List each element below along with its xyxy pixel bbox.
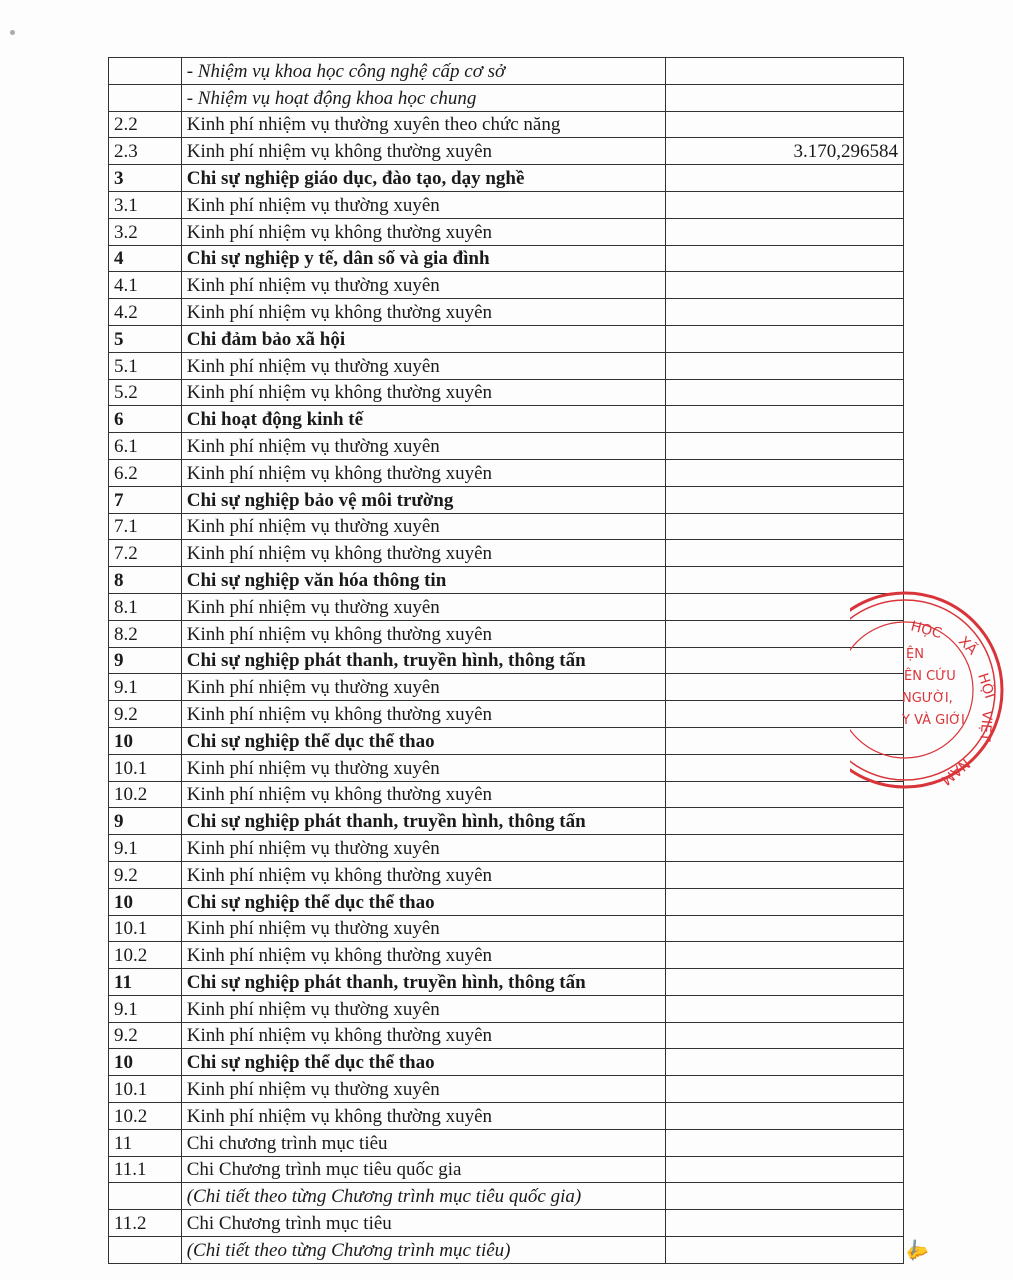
- budget-table: - Nhiệm vụ khoa học công nghệ cấp cơ sở-…: [108, 57, 904, 1264]
- table-row: 10.2Kinh phí nhiệm vụ không thường xuyên: [109, 942, 904, 969]
- row-number: 10.1: [109, 915, 182, 942]
- row-description: - Nhiệm vụ khoa học công nghệ cấp cơ sở: [181, 58, 665, 85]
- row-value: [666, 1022, 904, 1049]
- row-description: Kinh phí nhiệm vụ thường xuyên: [181, 915, 665, 942]
- row-number: 9.2: [109, 701, 182, 728]
- table-row: 9.2Kinh phí nhiệm vụ không thường xuyên: [109, 861, 904, 888]
- row-number: 8.1: [109, 593, 182, 620]
- table-row: 4.1Kinh phí nhiệm vụ thường xuyên: [109, 272, 904, 299]
- row-number: 11.2: [109, 1210, 182, 1237]
- row-value: [666, 540, 904, 567]
- row-description: Kinh phí nhiệm vụ thường xuyên: [181, 1076, 665, 1103]
- row-description: Kinh phí nhiệm vụ thường xuyên: [181, 272, 665, 299]
- row-number: 10.2: [109, 942, 182, 969]
- row-value: [666, 165, 904, 192]
- row-value: [666, 942, 904, 969]
- row-value: [666, 1076, 904, 1103]
- row-number: 9.2: [109, 1022, 182, 1049]
- row-number: 11.1: [109, 1156, 182, 1183]
- row-number: 10: [109, 1049, 182, 1076]
- row-number: 9.1: [109, 674, 182, 701]
- svg-text:NAM: NAM: [938, 755, 973, 788]
- table-row: 5.1Kinh phí nhiệm vụ thường xuyên: [109, 352, 904, 379]
- row-description: Chi sự nghiệp thể dục thể thao: [181, 888, 665, 915]
- row-description: Chi Chương trình mục tiêu quốc gia: [181, 1156, 665, 1183]
- row-number: 9.2: [109, 861, 182, 888]
- row-value: [666, 861, 904, 888]
- row-number: 11: [109, 1129, 182, 1156]
- row-description: Chi sự nghiệp bảo vệ môi trường: [181, 486, 665, 513]
- table-row: (Chi tiết theo từng Chương trình mục tiê…: [109, 1237, 904, 1264]
- row-number: 6: [109, 406, 182, 433]
- row-description: Chi sự nghiệp phát thanh, truyền hình, t…: [181, 808, 665, 835]
- row-description: Kinh phí nhiệm vụ thường xuyên: [181, 433, 665, 460]
- table-row: 6.1Kinh phí nhiệm vụ thường xuyên: [109, 433, 904, 460]
- row-value: [666, 299, 904, 326]
- table-row: 6.2Kinh phí nhiệm vụ không thường xuyên: [109, 459, 904, 486]
- stamp-text: NGƯỜI,: [902, 690, 953, 706]
- row-value: [666, 888, 904, 915]
- row-number: 7.1: [109, 513, 182, 540]
- row-value: [666, 406, 904, 433]
- row-description: Kinh phí nhiệm vụ thường xuyên: [181, 593, 665, 620]
- row-description: Chi sự nghiệp thể dục thể thao: [181, 727, 665, 754]
- table-row: 9Chi sự nghiệp phát thanh, truyền hình, …: [109, 647, 904, 674]
- row-value: [666, 84, 904, 111]
- row-value: [666, 513, 904, 540]
- signature-mark: ✍: [901, 1236, 931, 1265]
- row-number: 10: [109, 888, 182, 915]
- row-value: [666, 459, 904, 486]
- table-row: 10Chi sự nghiệp thể dục thể thao: [109, 888, 904, 915]
- table-row: 5.2Kinh phí nhiệm vụ không thường xuyên: [109, 379, 904, 406]
- stamp-text: Y VÀ GIỚI: [901, 712, 965, 728]
- row-description: Kinh phí nhiệm vụ thường xuyên: [181, 754, 665, 781]
- row-value: [666, 969, 904, 996]
- row-description: Chi chương trình mục tiêu: [181, 1129, 665, 1156]
- document-page: - Nhiệm vụ khoa học công nghệ cấp cơ sở-…: [0, 0, 1013, 1280]
- row-number: 9: [109, 808, 182, 835]
- table-row: 10.1Kinh phí nhiệm vụ thường xuyên: [109, 754, 904, 781]
- row-number: 10.1: [109, 1076, 182, 1103]
- table-row: 3.1Kinh phí nhiệm vụ thường xuyên: [109, 191, 904, 218]
- table-row: 2.2Kinh phí nhiệm vụ thường xuyên theo c…: [109, 111, 904, 138]
- table-row: 4Chi sự nghiệp y tế, dân số và gia đình: [109, 245, 904, 272]
- row-value: [666, 1183, 904, 1210]
- table-row: 2.3Kinh phí nhiệm vụ không thường xuyên3…: [109, 138, 904, 165]
- row-description: Chi sự nghiệp văn hóa thông tin: [181, 567, 665, 594]
- table-row: 11.2Chi Chương trình mục tiêu: [109, 1210, 904, 1237]
- red-seal-stamp: HỌC XÃ HỘI VIỆT NAM ỆN ÊN CỨU NGƯỜI, Y V…: [850, 590, 1010, 790]
- row-number: 4.1: [109, 272, 182, 299]
- row-number: 10.2: [109, 1103, 182, 1130]
- row-description: Chi sự nghiệp y tế, dân số và gia đình: [181, 245, 665, 272]
- row-value: [666, 1156, 904, 1183]
- row-value: [666, 433, 904, 460]
- row-number: 11: [109, 969, 182, 996]
- row-description: Kinh phí nhiệm vụ không thường xuyên: [181, 1103, 665, 1130]
- row-description: Kinh phí nhiệm vụ thường xuyên: [181, 352, 665, 379]
- table-row: 8.2Kinh phí nhiệm vụ không thường xuyên: [109, 620, 904, 647]
- row-number: 7: [109, 486, 182, 513]
- svg-text:VIỆT: VIỆT: [976, 710, 997, 743]
- table-row: 11.1Chi Chương trình mục tiêu quốc gia: [109, 1156, 904, 1183]
- table-row: 11Chi chương trình mục tiêu: [109, 1129, 904, 1156]
- row-number: [109, 84, 182, 111]
- row-number: 2.2: [109, 111, 182, 138]
- table-row: 3.2Kinh phí nhiệm vụ không thường xuyên: [109, 218, 904, 245]
- row-description: Chi sự nghiệp giáo dục, đào tạo, dạy ngh…: [181, 165, 665, 192]
- stamp-text: ÊN CỨU: [904, 668, 956, 684]
- row-value: [666, 245, 904, 272]
- table-row: - Nhiệm vụ hoạt động khoa học chung: [109, 84, 904, 111]
- table-row: 10Chi sự nghiệp thể dục thể thao: [109, 727, 904, 754]
- row-description: Kinh phí nhiệm vụ thường xuyên: [181, 674, 665, 701]
- row-number: 3.1: [109, 191, 182, 218]
- row-number: 5.2: [109, 379, 182, 406]
- row-description: Chi sự nghiệp thể dục thể thao: [181, 1049, 665, 1076]
- row-value: [666, 1049, 904, 1076]
- svg-text:HỌC: HỌC: [909, 618, 944, 642]
- table-row: 7Chi sự nghiệp bảo vệ môi trường: [109, 486, 904, 513]
- row-description: Kinh phí nhiệm vụ thường xuyên: [181, 513, 665, 540]
- table-row: 10.2Kinh phí nhiệm vụ không thường xuyên: [109, 781, 904, 808]
- row-description: Kinh phí nhiệm vụ không thường xuyên: [181, 138, 665, 165]
- table-row: 7.2Kinh phí nhiệm vụ không thường xuyên: [109, 540, 904, 567]
- row-number: 9: [109, 647, 182, 674]
- table-row: 10.2Kinh phí nhiệm vụ không thường xuyên: [109, 1103, 904, 1130]
- row-description: Kinh phí nhiệm vụ không thường xuyên: [181, 540, 665, 567]
- row-description: Kinh phí nhiệm vụ không thường xuyên: [181, 942, 665, 969]
- row-description: Kinh phí nhiệm vụ thường xuyên: [181, 835, 665, 862]
- row-value: [666, 379, 904, 406]
- table-row: 9.1Kinh phí nhiệm vụ thường xuyên: [109, 995, 904, 1022]
- row-description: Kinh phí nhiệm vụ không thường xuyên: [181, 459, 665, 486]
- row-value: [666, 111, 904, 138]
- row-description: Kinh phí nhiệm vụ không thường xuyên: [181, 379, 665, 406]
- table-row: - Nhiệm vụ khoa học công nghệ cấp cơ sở: [109, 58, 904, 85]
- row-number: 10: [109, 727, 182, 754]
- row-value: [666, 995, 904, 1022]
- table-row: 9.1Kinh phí nhiệm vụ thường xuyên: [109, 835, 904, 862]
- row-value: [666, 191, 904, 218]
- table-row: 6Chi hoạt động kinh tế: [109, 406, 904, 433]
- row-value: [666, 835, 904, 862]
- row-value: [666, 272, 904, 299]
- row-description: Kinh phí nhiệm vụ không thường xuyên: [181, 299, 665, 326]
- row-number: 6.2: [109, 459, 182, 486]
- table-row: 8.1Kinh phí nhiệm vụ thường xuyên: [109, 593, 904, 620]
- row-number: 10.1: [109, 754, 182, 781]
- table-row: 9.2Kinh phí nhiệm vụ không thường xuyên: [109, 1022, 904, 1049]
- row-number: 9.1: [109, 835, 182, 862]
- table-row: 10Chi sự nghiệp thể dục thể thao: [109, 1049, 904, 1076]
- row-number: [109, 1183, 182, 1210]
- table-row: 3Chi sự nghiệp giáo dục, đào tạo, dạy ng…: [109, 165, 904, 192]
- table-row: 8Chi sự nghiệp văn hóa thông tin: [109, 567, 904, 594]
- row-value: [666, 325, 904, 352]
- row-value: [666, 808, 904, 835]
- table-row: 4.2Kinh phí nhiệm vụ không thường xuyên: [109, 299, 904, 326]
- table-row: (Chi tiết theo từng Chương trình mục tiê…: [109, 1183, 904, 1210]
- table-row: 10.1Kinh phí nhiệm vụ thường xuyên: [109, 1076, 904, 1103]
- row-description: - Nhiệm vụ hoạt động khoa học chung: [181, 84, 665, 111]
- row-description: Kinh phí nhiệm vụ không thường xuyên: [181, 1022, 665, 1049]
- row-value: [666, 58, 904, 85]
- row-description: Kinh phí nhiệm vụ thường xuyên theo chức…: [181, 111, 665, 138]
- row-description: Kinh phí nhiệm vụ không thường xuyên: [181, 861, 665, 888]
- row-number: 9.1: [109, 995, 182, 1022]
- row-number: 3: [109, 165, 182, 192]
- row-description: Kinh phí nhiệm vụ thường xuyên: [181, 995, 665, 1022]
- table-row: 9.1Kinh phí nhiệm vụ thường xuyên: [109, 674, 904, 701]
- row-description: Chi sự nghiệp phát thanh, truyền hình, t…: [181, 647, 665, 674]
- row-value: [666, 1210, 904, 1237]
- table-row: 9Chi sự nghiệp phát thanh, truyền hình, …: [109, 808, 904, 835]
- row-description: Chi hoạt động kinh tế: [181, 406, 665, 433]
- row-description: Kinh phí nhiệm vụ không thường xuyên: [181, 218, 665, 245]
- row-value: [666, 352, 904, 379]
- row-number: 5.1: [109, 352, 182, 379]
- row-number: 2.3: [109, 138, 182, 165]
- row-description: Chi đảm bảo xã hội: [181, 325, 665, 352]
- row-value: [666, 1237, 904, 1264]
- row-description: Kinh phí nhiệm vụ không thường xuyên: [181, 620, 665, 647]
- row-value: [666, 1129, 904, 1156]
- row-number: 10.2: [109, 781, 182, 808]
- row-value: [666, 1103, 904, 1130]
- stamp-text: ỆN: [906, 646, 924, 662]
- table-row: 10.1Kinh phí nhiệm vụ thường xuyên: [109, 915, 904, 942]
- row-number: 6.1: [109, 433, 182, 460]
- row-value: [666, 486, 904, 513]
- row-description: Chi Chương trình mục tiêu: [181, 1210, 665, 1237]
- row-number: 5: [109, 325, 182, 352]
- row-number: 7.2: [109, 540, 182, 567]
- row-description: (Chi tiết theo từng Chương trình mục tiê…: [181, 1237, 665, 1264]
- row-number: 4.2: [109, 299, 182, 326]
- table-row: 7.1Kinh phí nhiệm vụ thường xuyên: [109, 513, 904, 540]
- row-description: Kinh phí nhiệm vụ không thường xuyên: [181, 701, 665, 728]
- row-description: Kinh phí nhiệm vụ không thường xuyên: [181, 781, 665, 808]
- row-number: [109, 1237, 182, 1264]
- row-description: Chi sự nghiệp phát thanh, truyền hình, t…: [181, 969, 665, 996]
- table-row: 9.2Kinh phí nhiệm vụ không thường xuyên: [109, 701, 904, 728]
- row-number: 4: [109, 245, 182, 272]
- row-description: Kinh phí nhiệm vụ thường xuyên: [181, 191, 665, 218]
- row-number: 3.2: [109, 218, 182, 245]
- row-value: [666, 915, 904, 942]
- table-row: 5Chi đảm bảo xã hội: [109, 325, 904, 352]
- table-row: 11Chi sự nghiệp phát thanh, truyền hình,…: [109, 969, 904, 996]
- row-number: 8.2: [109, 620, 182, 647]
- row-value: [666, 218, 904, 245]
- scan-speck: [10, 30, 15, 35]
- row-number: 8: [109, 567, 182, 594]
- row-value: 3.170,296584: [666, 138, 904, 165]
- row-number: [109, 58, 182, 85]
- row-description: (Chi tiết theo từng Chương trình mục tiê…: [181, 1183, 665, 1210]
